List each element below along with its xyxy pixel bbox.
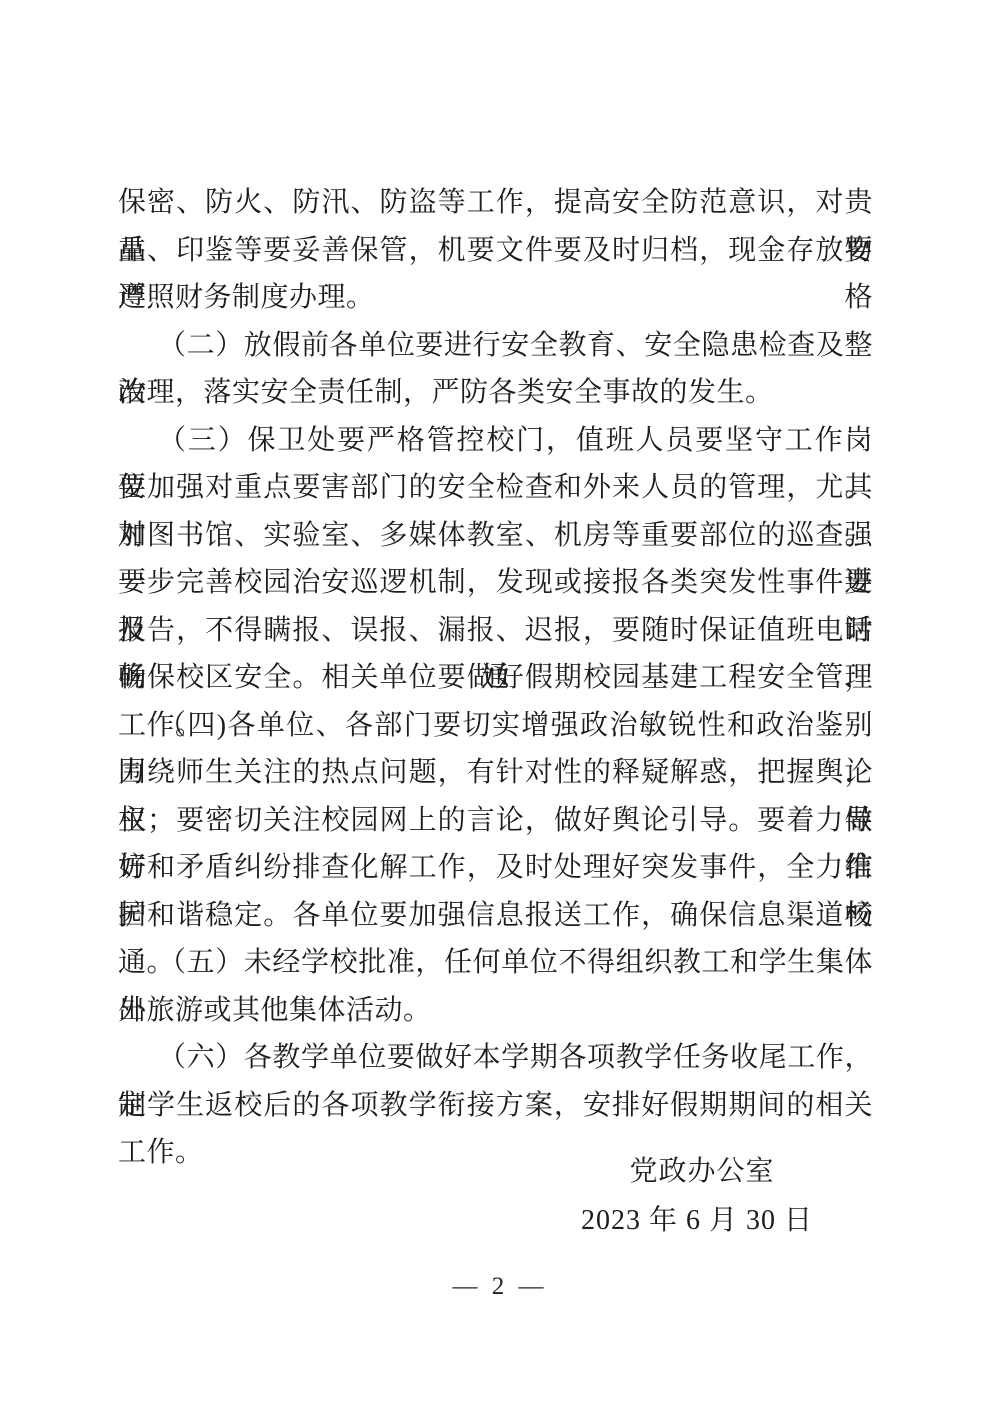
document-line: 权；要密切关注校园网上的言论，做好舆论引导。要着力做好信 — [118, 797, 873, 845]
document-line: （二）放假前各单位要进行安全教育、安全隐患检查及整改 — [118, 322, 873, 370]
document-line: （五）未经学校批准，任何单位不得组织教工和学生集体外 — [118, 939, 873, 987]
document-line: 访和矛盾纠纷排查化解工作，及时处理好突发事件，全力维护校 — [118, 844, 873, 892]
signature: 党政办公室 — [629, 1148, 774, 1196]
document-line: 对图书馆、实验室、多媒体教室、机房等重要部位的巡查。要进 — [118, 512, 873, 560]
document-line: 确保校区安全。相关单位要做好假期校园基建工程安全管理工作。 — [118, 654, 873, 702]
document-page: 保密、防火、防汛、防盗等工作，提高安全防范意识，对贵重物品、印鉴等要妥善保管，机… — [0, 0, 999, 1413]
document-line: 品、印鉴等要妥善保管，机要文件要及时归档，现金存放要严格 — [118, 227, 873, 275]
document-line: 治理，落实安全责任制，严防各类安全事故的发生。 — [118, 369, 873, 417]
document-line: （六）各教学单位要做好本学期各项教学任务收尾工作，制 — [118, 1034, 873, 1082]
document-line: 保密、防火、防汛、防盗等工作，提高安全防范意识，对贵重物 — [118, 179, 873, 227]
document-line: 要加强对重点要害部门的安全检查和外来人员的管理，尤其加强 — [118, 464, 873, 512]
date: 2023 年 6 月 30 日 — [581, 1197, 813, 1245]
document-line: （三）保卫处要严格管控校门，值班人员要坚守工作岗位。 — [118, 417, 873, 465]
document-line: （四)各单位、各部门要切实增强政治敏锐性和政治鉴别力， — [118, 702, 873, 750]
document-line: 出旅游或其他集体活动。 — [118, 987, 873, 1035]
document-line: 定学生返校后的各项教学衔接方案，安排好假期期间的相关工作。 — [118, 1082, 873, 1130]
document-line: 园和谐稳定。各单位要加强信息报送工作，确保信息渠道畅通。 — [118, 892, 873, 940]
document-body: 保密、防火、防汛、防盗等工作，提高安全防范意识，对贵重物品、印鉴等要妥善保管，机… — [118, 179, 873, 1129]
document-line: 一步完善校园治安巡逻机制，发现或接报各类突发性事件要及时 — [118, 559, 873, 607]
document-line: 报告，不得瞒报、误报、漏报、迟报，要随时保证值班电话畅通， — [118, 607, 873, 655]
page-number: — 2 — — [453, 1272, 548, 1302]
document-line: 围绕师生关注的热点问题，有针对性的释疑解惑，把握舆论主导 — [118, 749, 873, 797]
